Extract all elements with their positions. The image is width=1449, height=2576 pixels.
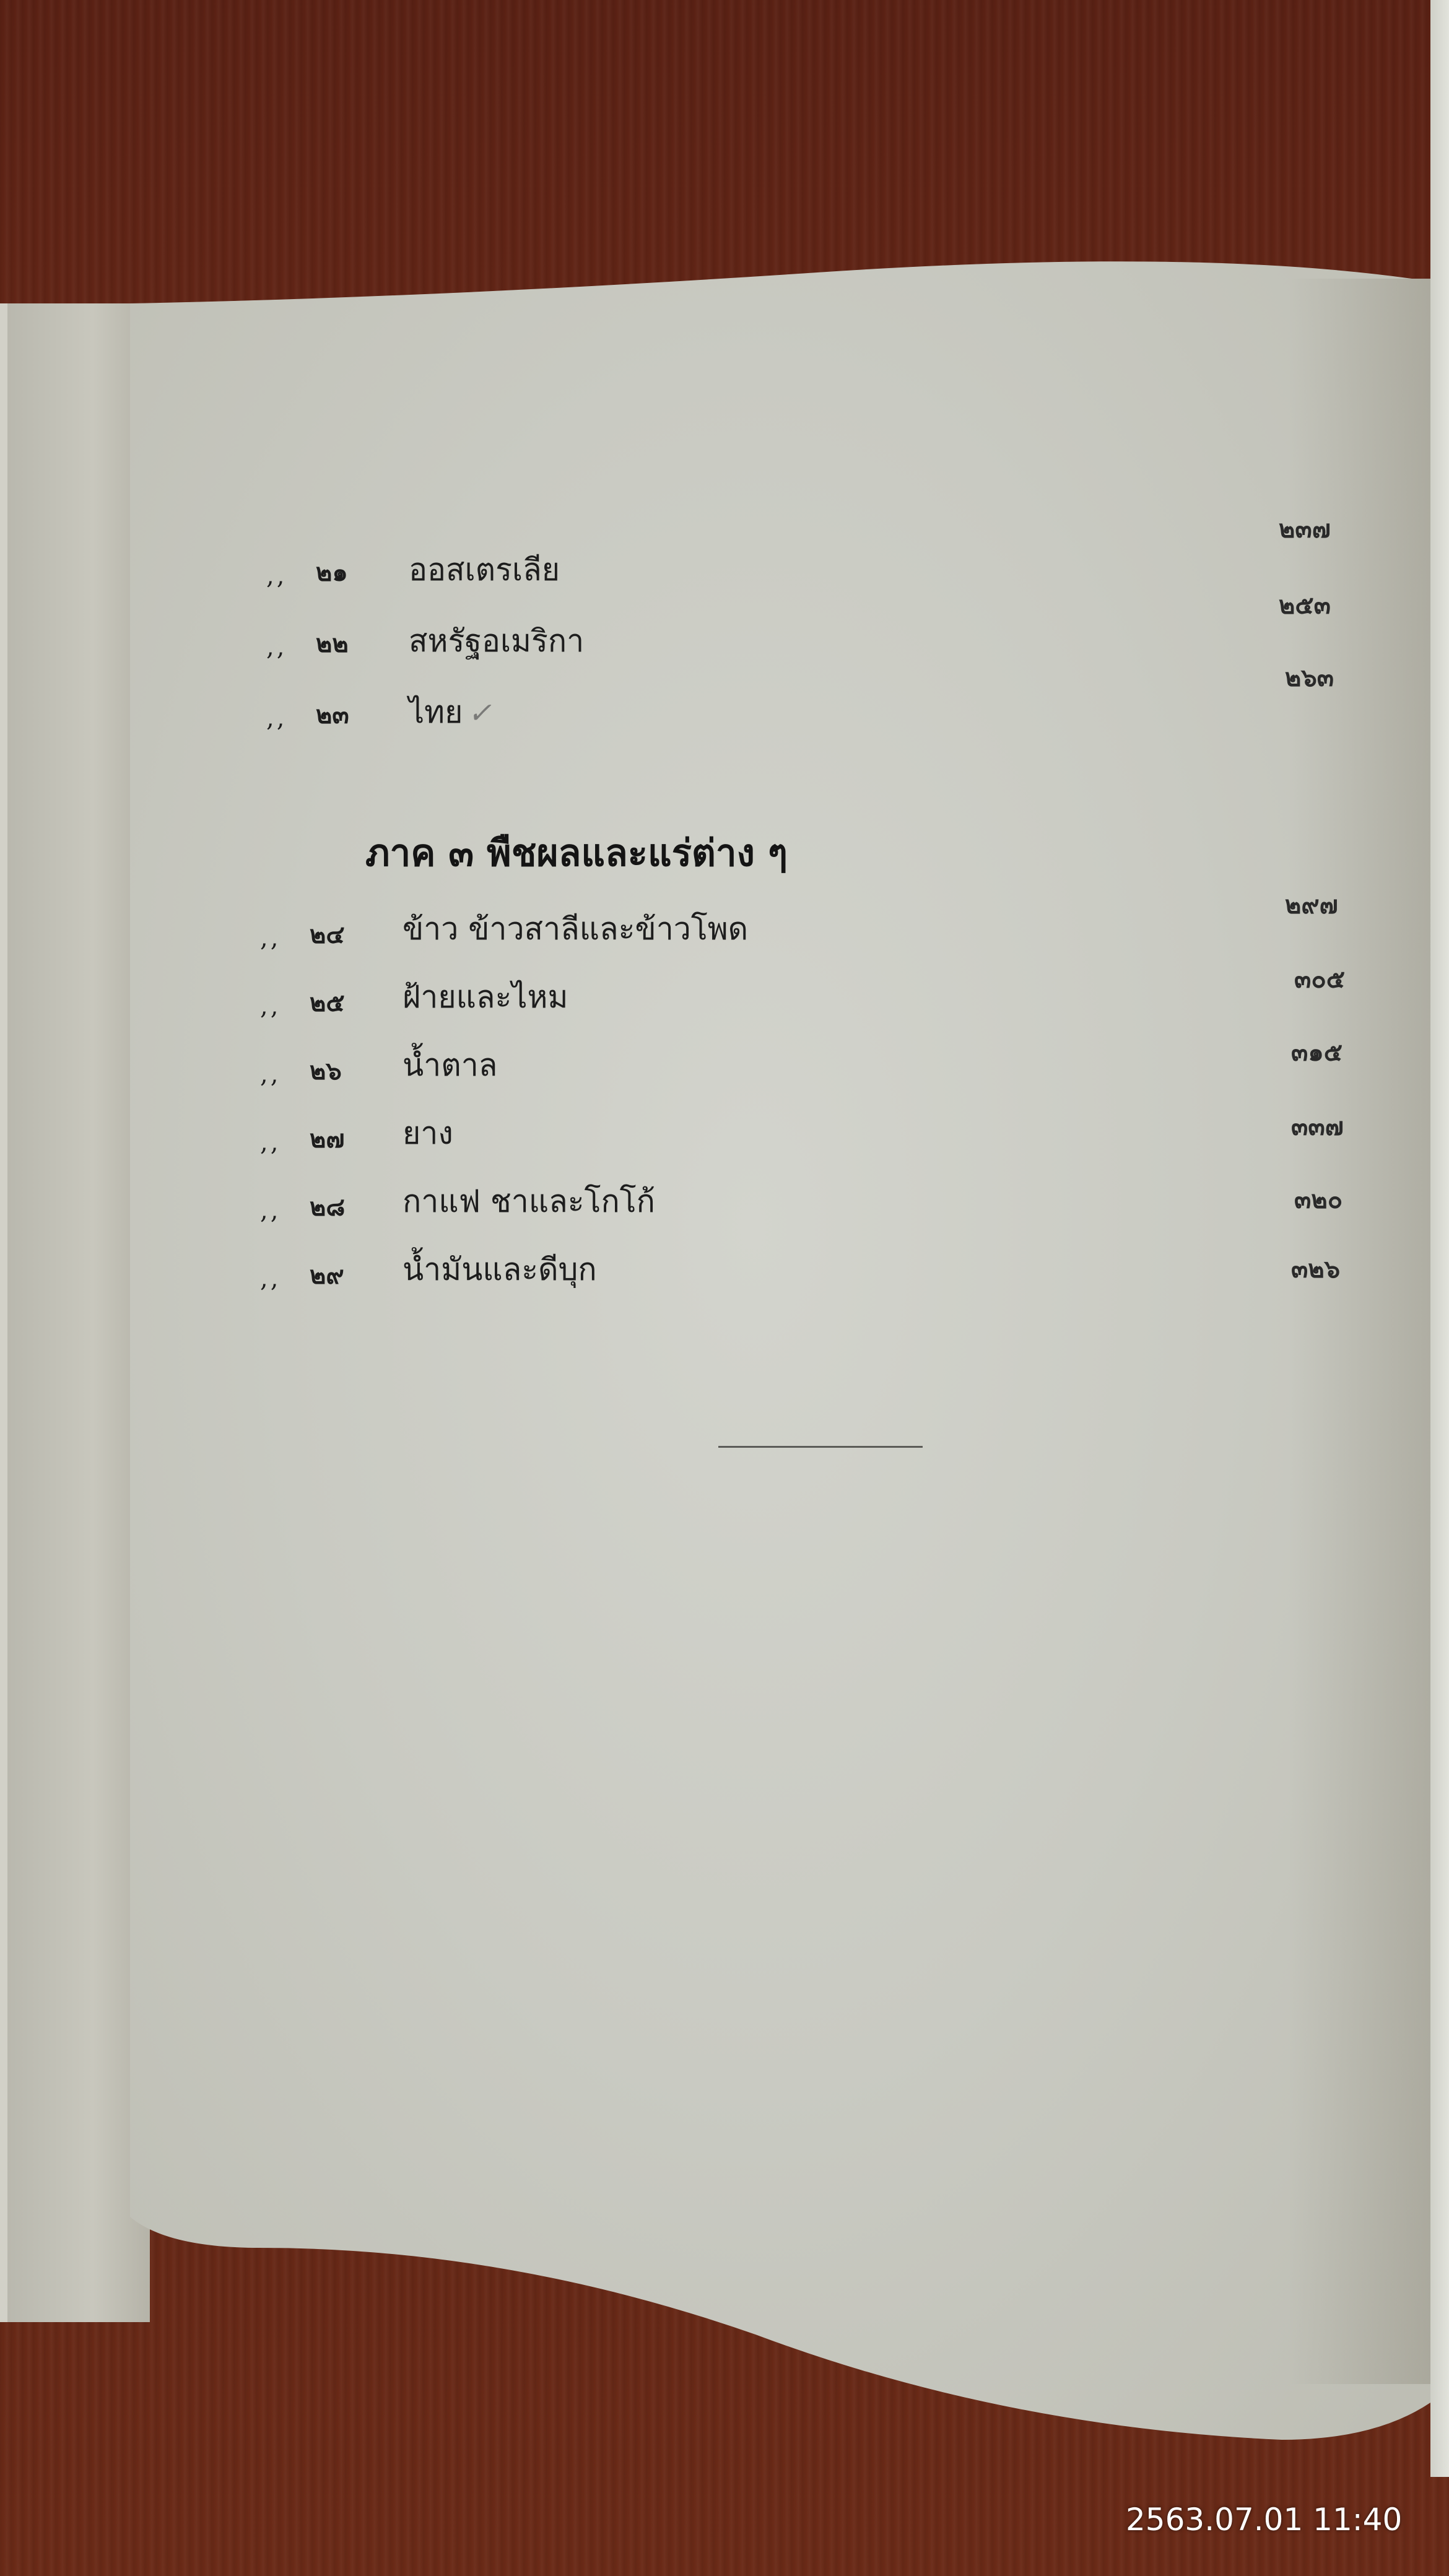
- camera-timestamp: 2563.07.01 11:40: [1126, 2502, 1402, 2538]
- chapter-title: กาแฟ ชาและโกโก้: [402, 1186, 655, 1217]
- page-number: ๓๐๕: [1294, 967, 1345, 992]
- section-heading: ภาค ๓ พืชผลและแร่ต่าง ๆ: [365, 824, 788, 882]
- chapter-title: น้ำมันและดีบุก: [402, 1254, 597, 1285]
- ditto-mark: ,,: [260, 926, 281, 951]
- chapter-number: ๒๘: [310, 1195, 345, 1220]
- ditto-mark: ,,: [260, 1130, 281, 1155]
- page-number: ๓๒๐: [1294, 1188, 1342, 1212]
- page-number: ๒๖๓: [1285, 666, 1334, 690]
- ditto-mark: ,,: [260, 1266, 281, 1291]
- chapter-title: ไทย: [409, 694, 463, 730]
- pencil-checkmark-annotation: ✓: [468, 696, 492, 729]
- chapter-title: ออสเตรเลีย: [409, 554, 560, 585]
- chapter-title: ยาง: [402, 1118, 453, 1149]
- ditto-mark: ,,: [266, 706, 287, 731]
- end-divider-line: [718, 1446, 923, 1448]
- chapter-title: น้ำตาล: [402, 1050, 497, 1081]
- page-number: ๒๕๓: [1279, 593, 1331, 618]
- ditto-mark: ,,: [266, 635, 287, 659]
- chapter-number: ๒๖: [310, 1059, 342, 1084]
- chapter-number: ๒๕: [310, 991, 345, 1016]
- chapter-number: ๒๑: [316, 560, 348, 585]
- ditto-mark: ,,: [260, 994, 281, 1019]
- table-of-contents: ,, ๒๑ ออสเตรเลีย ๒๓๗ ,, ๒๒ สหรัฐอเมริกา …: [0, 0, 1449, 2576]
- chapter-number: ๒๙: [310, 1263, 344, 1288]
- chapter-number: ๒๗: [310, 1127, 344, 1152]
- chapter-number: ๒๓: [316, 703, 349, 728]
- chapter-number: ๒๒: [316, 632, 349, 656]
- page-number: ๓๓๗: [1291, 1115, 1344, 1139]
- chapter-number: ๒๔: [310, 923, 345, 947]
- chapter-title: สหรัฐอเมริกา: [409, 625, 584, 656]
- page-number: ๒๙๗: [1285, 893, 1338, 918]
- ditto-mark: ,,: [266, 563, 287, 588]
- ditto-mark: ,,: [260, 1062, 281, 1087]
- ditto-mark: ,,: [260, 1198, 281, 1223]
- chapter-title-wrap: ไทย✓: [409, 697, 492, 728]
- page-number: ๓๒๖: [1291, 1257, 1340, 1282]
- chapter-title: ข้าว ข้าวสาลีและข้าวโพด: [402, 913, 748, 944]
- page-number: ๒๓๗: [1279, 517, 1331, 542]
- chapter-title: ฝ้ายและไหม: [402, 981, 568, 1012]
- page-number: ๓๑๕: [1291, 1040, 1342, 1065]
